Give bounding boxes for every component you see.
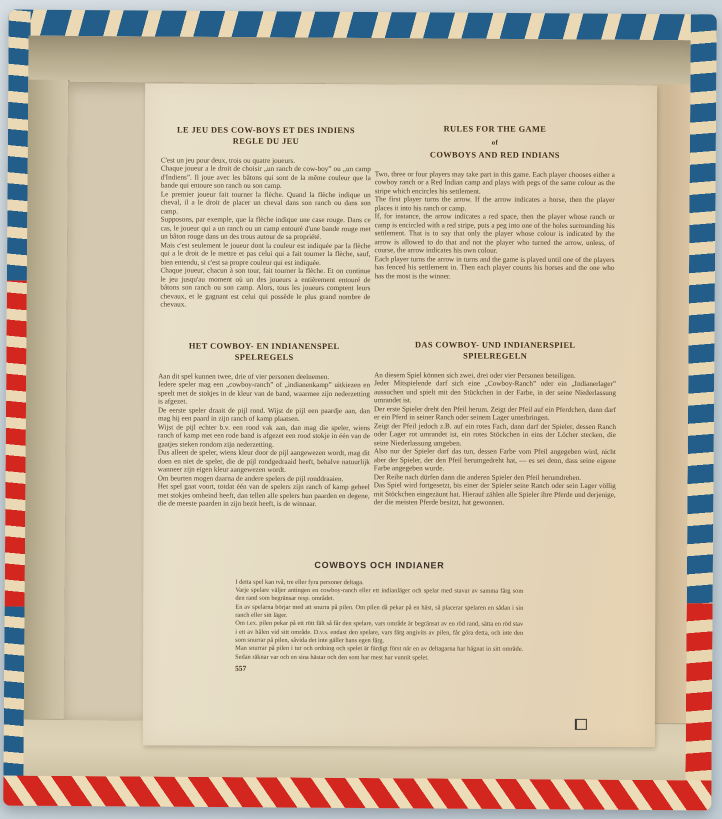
paragraph: Varje spelare väljer antingen en cowboy-… bbox=[235, 587, 523, 605]
paragraph: Om t.ex. pilen pekar på ett rött fält så… bbox=[235, 620, 523, 646]
swedish-title: COWBOYS OCH INDIANER bbox=[235, 560, 523, 573]
paragraph: The first player turns the arrow. If the… bbox=[375, 196, 615, 214]
paragraph: Chaque joueur, chacun à son tour, fait t… bbox=[160, 267, 370, 310]
english-paragraphs: Two, three or four players may take part… bbox=[374, 170, 614, 281]
page-number: 557 bbox=[235, 664, 523, 674]
german-title-line: SPIELREGELN bbox=[374, 351, 616, 363]
paragraph: Jeder Mitspielende darf sich eine „Cowbo… bbox=[374, 380, 616, 406]
french-title: LE JEU DES COW-BOYS ET DES INDIENS REGLE… bbox=[161, 125, 371, 148]
paragraph: If, for instance, the arrow indicates a … bbox=[375, 213, 615, 256]
section-german-rules: DAS COWBOY- UND INDIANERSPIEL SPIELREGEL… bbox=[374, 340, 617, 507]
dutch-paragraphs: Aan dit spel kunnen twee, drie of vier p… bbox=[158, 372, 370, 508]
french-title-line: LE JEU DES COW-BOYS ET DES INDIENS bbox=[161, 125, 371, 137]
paragraph: Der erste Spieler dreht den Pfeil herum.… bbox=[374, 405, 616, 423]
dutch-title-line: SPELREGELS bbox=[158, 352, 370, 364]
paragraph: Two, three or four players may take part… bbox=[375, 170, 615, 196]
french-paragraphs: C'est un jeu pour deux, trois ou quatre … bbox=[160, 156, 371, 309]
section-dutch-rules: HET COWBOY- EN INDIANENSPEL SPELREGELS A… bbox=[158, 341, 371, 508]
dutch-title-line: HET COWBOY- EN INDIANENSPEL bbox=[158, 341, 370, 353]
swedish-paragraphs: I detta spel kan två, tre eller fyra per… bbox=[235, 578, 523, 662]
game-box-lid: LE JEU DES COW-BOYS ET DES INDIENS REGLE… bbox=[3, 10, 717, 811]
english-title: RULES FOR THE GAME of COWBOYS AND RED IN… bbox=[375, 124, 615, 162]
swedish-title-line: COWBOYS OCH INDIANER bbox=[235, 560, 523, 573]
paragraph: Supposons, par exemple, que la flèche in… bbox=[161, 216, 371, 242]
printers-mark-square bbox=[575, 719, 587, 730]
paragraph: Mais c'est seulement le joueur dont la c… bbox=[160, 241, 370, 267]
section-english-rules: RULES FOR THE GAME of COWBOYS AND RED IN… bbox=[374, 124, 615, 281]
paragraph: Dus alleen de speler, wiens kleur door d… bbox=[158, 449, 370, 475]
box-inner-wall-top bbox=[28, 36, 690, 88]
english-title-line: COWBOYS AND RED INDIANS bbox=[375, 150, 615, 162]
paragraph: Zeigt der Pfeil jedoch z.B. auf ein rote… bbox=[374, 422, 616, 448]
stripe-segment-blue bbox=[687, 14, 717, 603]
german-title: DAS COWBOY- UND INDIANERSPIEL SPIELREGEL… bbox=[374, 340, 616, 363]
german-title-line: DAS COWBOY- UND INDIANERSPIEL bbox=[374, 340, 616, 352]
paragraph: Chaque joueur a le droit de choisir „un … bbox=[161, 165, 371, 191]
section-swedish-rules: COWBOYS OCH INDIANER I detta spel kan tv… bbox=[235, 560, 523, 674]
dutch-title: HET COWBOY- EN INDIANENSPEL SPELREGELS bbox=[158, 341, 370, 364]
paragraph: Das Spiel wird fortgesetzt, bis einer de… bbox=[374, 481, 616, 507]
section-french-rules: LE JEU DES COW-BOYS ET DES INDIENS REGLE… bbox=[160, 125, 371, 309]
paragraph: Het spel gaat voort, totdat één van de s… bbox=[158, 483, 370, 509]
paragraph: En av spelarna börjar med att snurra på … bbox=[235, 603, 523, 621]
german-paragraphs: An diesem Spiel können sich zwei, drei o… bbox=[374, 371, 616, 508]
paragraph: Also nur der Spieler darf das tun, desse… bbox=[374, 447, 616, 473]
paragraph: Each player turns the arrow in turns and… bbox=[374, 255, 614, 281]
box-edge-stripes-right bbox=[685, 14, 717, 810]
paragraph: Le premier joueur fait tourner la flèche… bbox=[161, 190, 371, 216]
french-title-line: REGLE DU JEU bbox=[161, 136, 371, 148]
paragraph: Man snurrar på pilen i tur och ordning o… bbox=[235, 645, 523, 663]
paragraph: Iedere speler mag een „cowboy-ranch” of … bbox=[158, 381, 370, 407]
rules-sheet: LE JEU DES COW-BOYS ET DES INDIENS REGLE… bbox=[143, 83, 657, 747]
photo-background: LE JEU DES COW-BOYS ET DES INDIENS REGLE… bbox=[0, 0, 722, 819]
box-edge-stripes-bottom bbox=[3, 776, 711, 811]
paragraph: Wijst de pijl echter b.v. een rood vak a… bbox=[158, 423, 370, 449]
english-title-line: RULES FOR THE GAME bbox=[375, 124, 615, 136]
paragraph: De eerste speler draait de pijl rond. Wi… bbox=[158, 406, 370, 424]
box-inner-wall-left bbox=[24, 80, 69, 720]
english-title-line: of bbox=[375, 138, 615, 148]
